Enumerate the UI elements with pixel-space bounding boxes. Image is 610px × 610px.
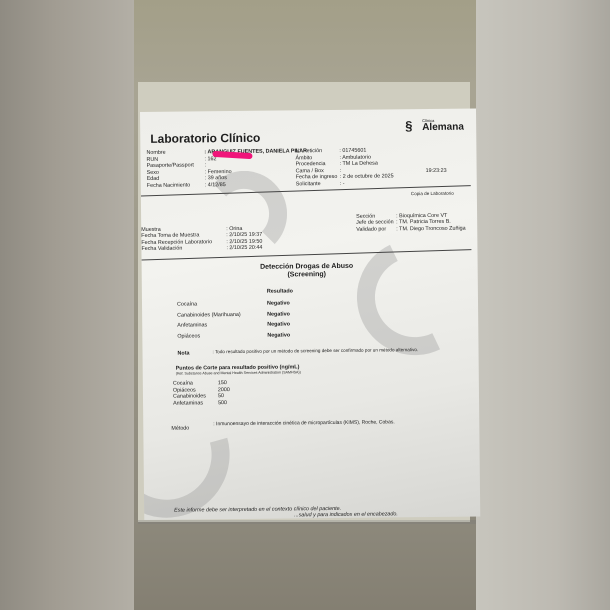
info-row: CocaínaNegativo [177, 300, 290, 308]
cutoff-reference: (Ref. Substance Abuse and Mental Health … [176, 369, 301, 377]
field-value: : Orina [226, 226, 242, 232]
lab-report-document: Laboratorio Clínico § Clínica Alemana No… [140, 108, 480, 519]
field-value: : 2/10/25 20:44 [226, 245, 262, 251]
field-value: : TM. Diego Troncoso Zuñiga [396, 225, 465, 232]
result-column-header: Resultado [267, 288, 293, 295]
blurred-background-right [476, 0, 610, 610]
copy-label: Copia de Laboratorio [411, 191, 454, 198]
field-value: : [340, 167, 342, 173]
info-row: Anfetaminas500 [173, 400, 227, 407]
field-label: Anfetaminas [177, 322, 267, 329]
info-row: AnfetaminasNegativo [177, 321, 290, 329]
field-value: : 39 años [205, 175, 227, 181]
page-title: Laboratorio Clínico [150, 131, 260, 146]
field-value: : TM La Dehesa [340, 161, 378, 167]
field-label: Solicitante [296, 180, 340, 187]
field-label: Opiáceos [177, 332, 267, 339]
paper-bottom-edge [138, 520, 476, 524]
note-text: : Todo resultado positivo por un método … [212, 347, 418, 356]
field-value: Negativo [267, 332, 290, 338]
method-text: : Inmunoensayo de interacción cinética d… [213, 419, 395, 427]
field-value: : 01745601 [339, 148, 366, 154]
clinica-alemana-logo-icon: § [405, 119, 419, 133]
field-value: Negativo [267, 321, 290, 327]
clinic-logo: § Clínica Alemana [405, 119, 464, 134]
info-row: Fecha Nacimiento: 4/12/85 [147, 182, 226, 189]
info-row: Fecha Validación: 2/10/25 20:44 [141, 245, 262, 253]
ingreso-time: 19:23:23 [426, 168, 447, 175]
field-label: Canabinoides (Marihuana) [177, 311, 267, 318]
field-label: Anfetaminas [173, 400, 218, 407]
field-label: Cocaína [177, 301, 267, 308]
info-row: OpiáceosNegativo [177, 332, 290, 340]
field-value: : - [340, 180, 345, 186]
field-value: 2000 [218, 387, 230, 393]
field-label: Validado por [356, 226, 396, 233]
field-value: : Ambulatorio [339, 154, 371, 160]
field-label: Fecha Validación [141, 245, 226, 252]
note-label: Nota [178, 350, 190, 357]
blurred-background-left [0, 0, 134, 610]
field-value: : 4/12/85 [205, 182, 226, 188]
info-row: Canabinoides (Marihuana)Negativo [177, 311, 290, 319]
field-value: Negativo [267, 300, 290, 306]
field-value: 50 [218, 393, 224, 399]
info-row: Validado por: TM. Diego Troncoso Zuñiga [356, 225, 465, 233]
field-value: Negativo [267, 311, 290, 317]
method-label: Método [171, 426, 189, 433]
field-value: : 2 de octubre de 2025 [340, 173, 394, 180]
field-value: 500 [218, 400, 227, 406]
field-label: Fecha Nacimiento [147, 182, 205, 189]
field-value: : [205, 162, 207, 168]
redaction-mark [212, 151, 252, 159]
info-row: Solicitante: - [296, 180, 345, 187]
field-value: 150 [218, 380, 227, 386]
field-value: : Femenino [205, 169, 232, 175]
logo-name: Alemana [422, 123, 464, 133]
